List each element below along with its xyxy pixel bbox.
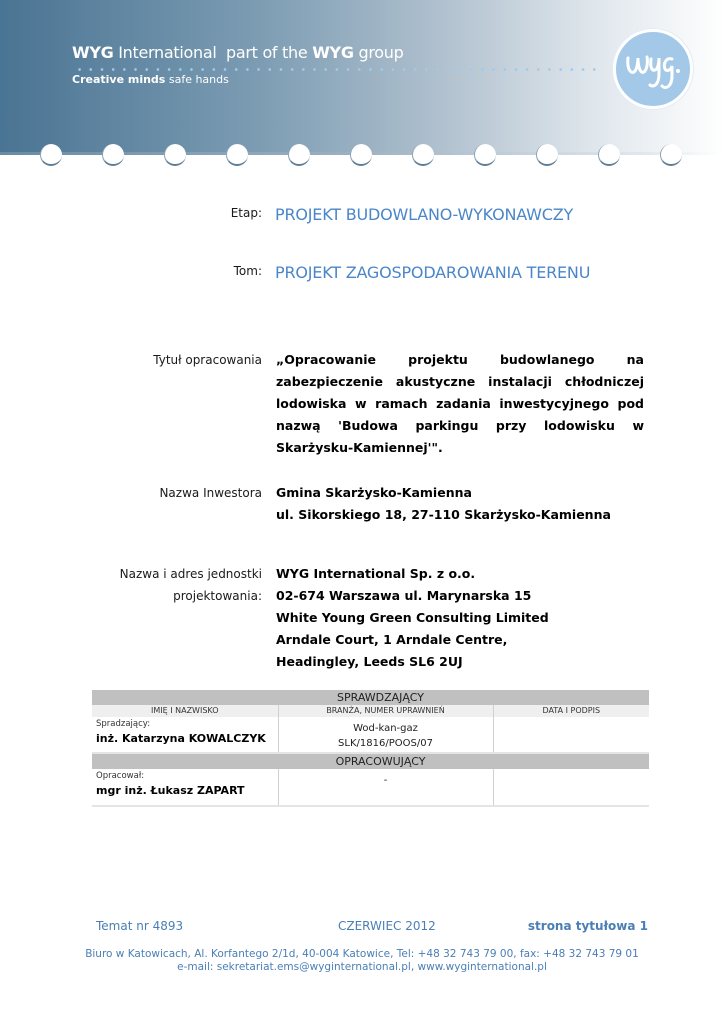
investor-block: Gmina Skarżysko-Kamienna ul. Sikorskiego… [276,482,611,526]
binder-hole [350,144,372,166]
binder-hole [660,144,682,166]
volume-label: Tom: [234,260,262,282]
author-name: mgr inż. Łukasz ZAPART [92,781,278,799]
designer-line: 02-674 Warszawa ul. Marynarska 15 [276,585,549,607]
column-header-date-signature: DATA I PODPIS [493,705,649,717]
brand-bold-wyg: WYG [72,43,113,62]
checker-name: inż. Katarzyna KOWALCZYK [92,729,278,747]
investor-label: Nazwa Inwestora [159,482,262,504]
footer-page: strona tytułowa 1 [528,919,648,933]
binder-hole [474,144,496,166]
binder-hole [226,144,248,166]
checker-name-cell: Spradzający: inż. Katarzyna KOWALCZYK [92,717,278,753]
checker-signature-cell [493,717,649,753]
author-section-header: OPRACOWUJĄCY [92,753,649,769]
investor-name: Gmina Skarżysko-Kamienna [276,482,611,504]
document-title: „Opracowanie projektu budowlanego na zab… [276,349,644,459]
binder-hole [102,144,124,166]
stage-label: Etap: [231,202,262,224]
brand-text-group: group [354,43,404,62]
author-name-cell: Opracował: mgr inż. Łukasz ZAPART [92,769,278,806]
binder-hole [288,144,310,166]
stage-value: PROJEKT BUDOWLANO-WYKONAWCZY [275,205,573,224]
designer-label-line2: projektowania: [120,585,262,607]
checker-role: Spradzający: [92,717,278,729]
checking-header: SPRAWDZAJĄCY [92,690,649,705]
wyg-logo [613,29,693,109]
column-headers: IMIĘ I NAZWISKO BRANŻA, NUMER UPRAWNIEŃ … [92,705,649,717]
column-header-specialty: BRANŻA, NUMER UPRAWNIEŃ [278,705,493,717]
checker-specialty: Wod-kan-gaz [279,721,493,736]
brand-text: International part of the [113,43,312,62]
tagline-text: safe hands [165,73,229,86]
author-role: Opracował: [92,769,278,781]
checking-section-header: SPRAWDZAJĄCY [92,690,649,705]
author-signature-cell [493,769,649,806]
binder-holes [0,140,724,170]
footer-address: Biuro w Katowicach, Al. Korfantego 2/1d,… [0,948,724,961]
brand-heading: WYG International part of the WYG group [72,43,403,62]
checker-license: SLK/1816/POOS/07 [279,736,493,751]
designer-label: Nazwa i adres jednostki projektowania: [120,563,262,607]
binder-hole [412,144,434,166]
binder-hole [164,144,186,166]
checker-row: Spradzający: inż. Katarzyna KOWALCZYK Wo… [92,717,649,753]
binder-hole [40,144,62,166]
binder-hole [598,144,620,166]
designer-line: Headingley, Leeds SL6 2UJ [276,651,549,673]
dotted-divider [74,68,604,71]
footer-date: CZERWIEC 2012 [338,919,436,933]
title-label: Tytuł opracowania [153,349,262,371]
author-header: OPRACOWUJĄCY [92,753,649,769]
author-specialty: - [279,773,493,788]
author-row: Opracował: mgr inż. Łukasz ZAPART - [92,769,649,806]
checker-specialty-cell: Wod-kan-gaz SLK/1816/POOS/07 [278,717,493,753]
designer-line: WYG International Sp. z o.o. [276,563,549,585]
signature-table: SPRAWDZAJĄCY IMIĘ I NAZWISKO BRANŻA, NUM… [92,690,649,807]
designer-line: Arndale Court, 1 Arndale Centre, [276,629,549,651]
brand-bold-wyg-group: WYG [312,43,353,62]
column-header-name: IMIĘ I NAZWISKO [92,705,278,717]
wyg-logo-icon [622,44,684,94]
tagline-bold: Creative minds [72,73,165,86]
designer-block: WYG International Sp. z o.o. 02-674 Wars… [276,563,549,673]
designer-label-line1: Nazwa i adres jednostki [120,563,262,585]
footer-topic: Temat nr 4893 [96,919,183,933]
investor-address: ul. Sikorskiego 18, 27-110 Skarżysko-Kam… [276,504,611,526]
tagline: Creative minds safe hands [72,73,229,86]
volume-value: PROJEKT ZAGOSPODAROWANIA TERENU [275,263,590,282]
footer-contact: e-mail: sekretariat.ems@wyginternational… [0,961,724,974]
binder-hole [536,144,558,166]
designer-line: White Young Green Consulting Limited [276,607,549,629]
author-specialty-cell: - [278,769,493,806]
